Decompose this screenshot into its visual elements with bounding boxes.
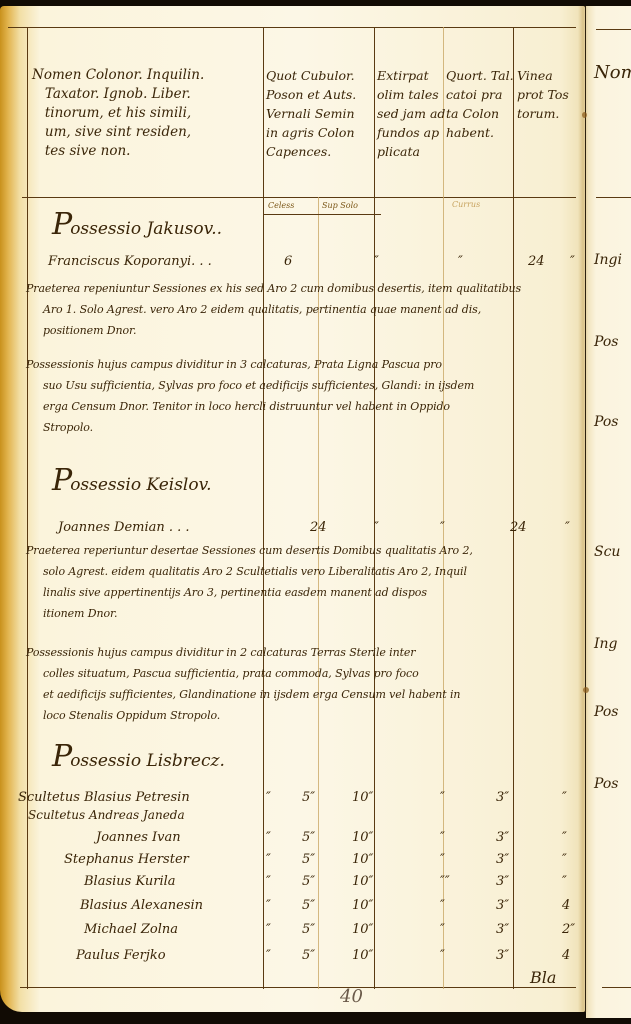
note-paragraph: Possessionis hujus campus dividitur in 2… <box>26 642 460 726</box>
facing-page-fragment: Ingi <box>594 252 622 268</box>
facing-page-fragment: Ing <box>594 636 618 652</box>
subheader-currus: Currus <box>452 200 480 209</box>
note-paragraph: Praeterea repeniuntur Sessiones ex his s… <box>26 278 521 341</box>
header-vinea-column: Vinea prot Tos torum. <box>517 66 569 123</box>
facing-top-rule <box>596 29 631 30</box>
facing-page-fragment: Pos <box>594 704 618 720</box>
table-row: Stephanus Herster ″ 5″ 10″ ″ 3″ ″ <box>40 852 580 872</box>
table-row: Franciscus Koporanyi. . . 6 ″ ″ 24 ″ <box>40 254 580 274</box>
ink-stain <box>582 112 587 118</box>
section-heading-keislov: Possessio Keislov. <box>52 466 212 496</box>
subheader-sup-solo: Sup Solo <box>322 201 358 210</box>
facing-page-fragment: Pos <box>594 414 618 430</box>
table-row: Joannes Demian . . . 24 ″ ″ 24 ″ <box>40 520 580 540</box>
table-row: Blasius Alexanesin ″ 5″ 10″ ″ 3″ 4 <box>40 898 580 918</box>
header-name-column: Nomen Colonor. Inquilin. Taxator. Ignob.… <box>32 66 204 161</box>
facing-page-fragment: Pos <box>594 334 618 350</box>
table-row: Michael Zolna ″ 5″ 10″ ″ 3″ 2″ <box>40 922 580 942</box>
facing-page-fragment: Scu <box>594 544 620 560</box>
table-row: Scultetus Andreas Janeda <box>40 808 580 828</box>
top-rule <box>8 27 576 28</box>
left-margin-rule <box>27 27 28 989</box>
bottom-rule <box>20 987 576 988</box>
folio-number: 40 <box>340 986 363 1007</box>
facing-page-fragment: Nom <box>594 62 631 83</box>
header-quart-column: Quort. Tal. catoi pra ta Colon habent. <box>446 66 514 142</box>
table-row: Joannes Ivan ″ 5″ 10″ ″ 3″ ″ <box>40 830 580 850</box>
section-heading-lisbrecz: Possessio Lisbrecz. <box>52 742 225 772</box>
header-quot-column: Quot Cubulor. Poson et Auts. Vernali Sem… <box>266 66 356 161</box>
table-row: Scultetus Blasius Petresin ″ 5″ 10″ ″ 3″… <box>40 790 580 810</box>
facing-header-rule <box>596 197 631 198</box>
header-bottom-rule <box>22 197 576 198</box>
book-spread: Nomen Colonor. Inquilin. Taxator. Ignob.… <box>0 0 631 1024</box>
facing-page-fragment: Pos <box>594 776 618 792</box>
header-extirp-column: Extirpat olim tales sed jam ad fundos ap… <box>377 66 445 161</box>
ink-stain <box>583 687 589 693</box>
note-paragraph: Possessionis hujus campus dividitur in 3… <box>26 354 474 438</box>
table-row: Blasius Kurila ″ 5″ 10″ ″″ 3″ ″ <box>40 874 580 894</box>
subheader-rule <box>263 214 381 215</box>
catchword: Bla <box>530 968 556 987</box>
note-paragraph: Praeterea reperiuntur desertae Sessiones… <box>26 540 473 624</box>
right-page-edge <box>586 6 631 1018</box>
section-heading-jakusov: Possessio Jakusov.. <box>52 210 222 240</box>
subheader-celess: Celess <box>268 201 294 210</box>
facing-bottom-rule <box>602 987 631 988</box>
table-row: Paulus Ferjko ″ 5″ 10″ ″ 3″ 4 <box>40 948 580 968</box>
